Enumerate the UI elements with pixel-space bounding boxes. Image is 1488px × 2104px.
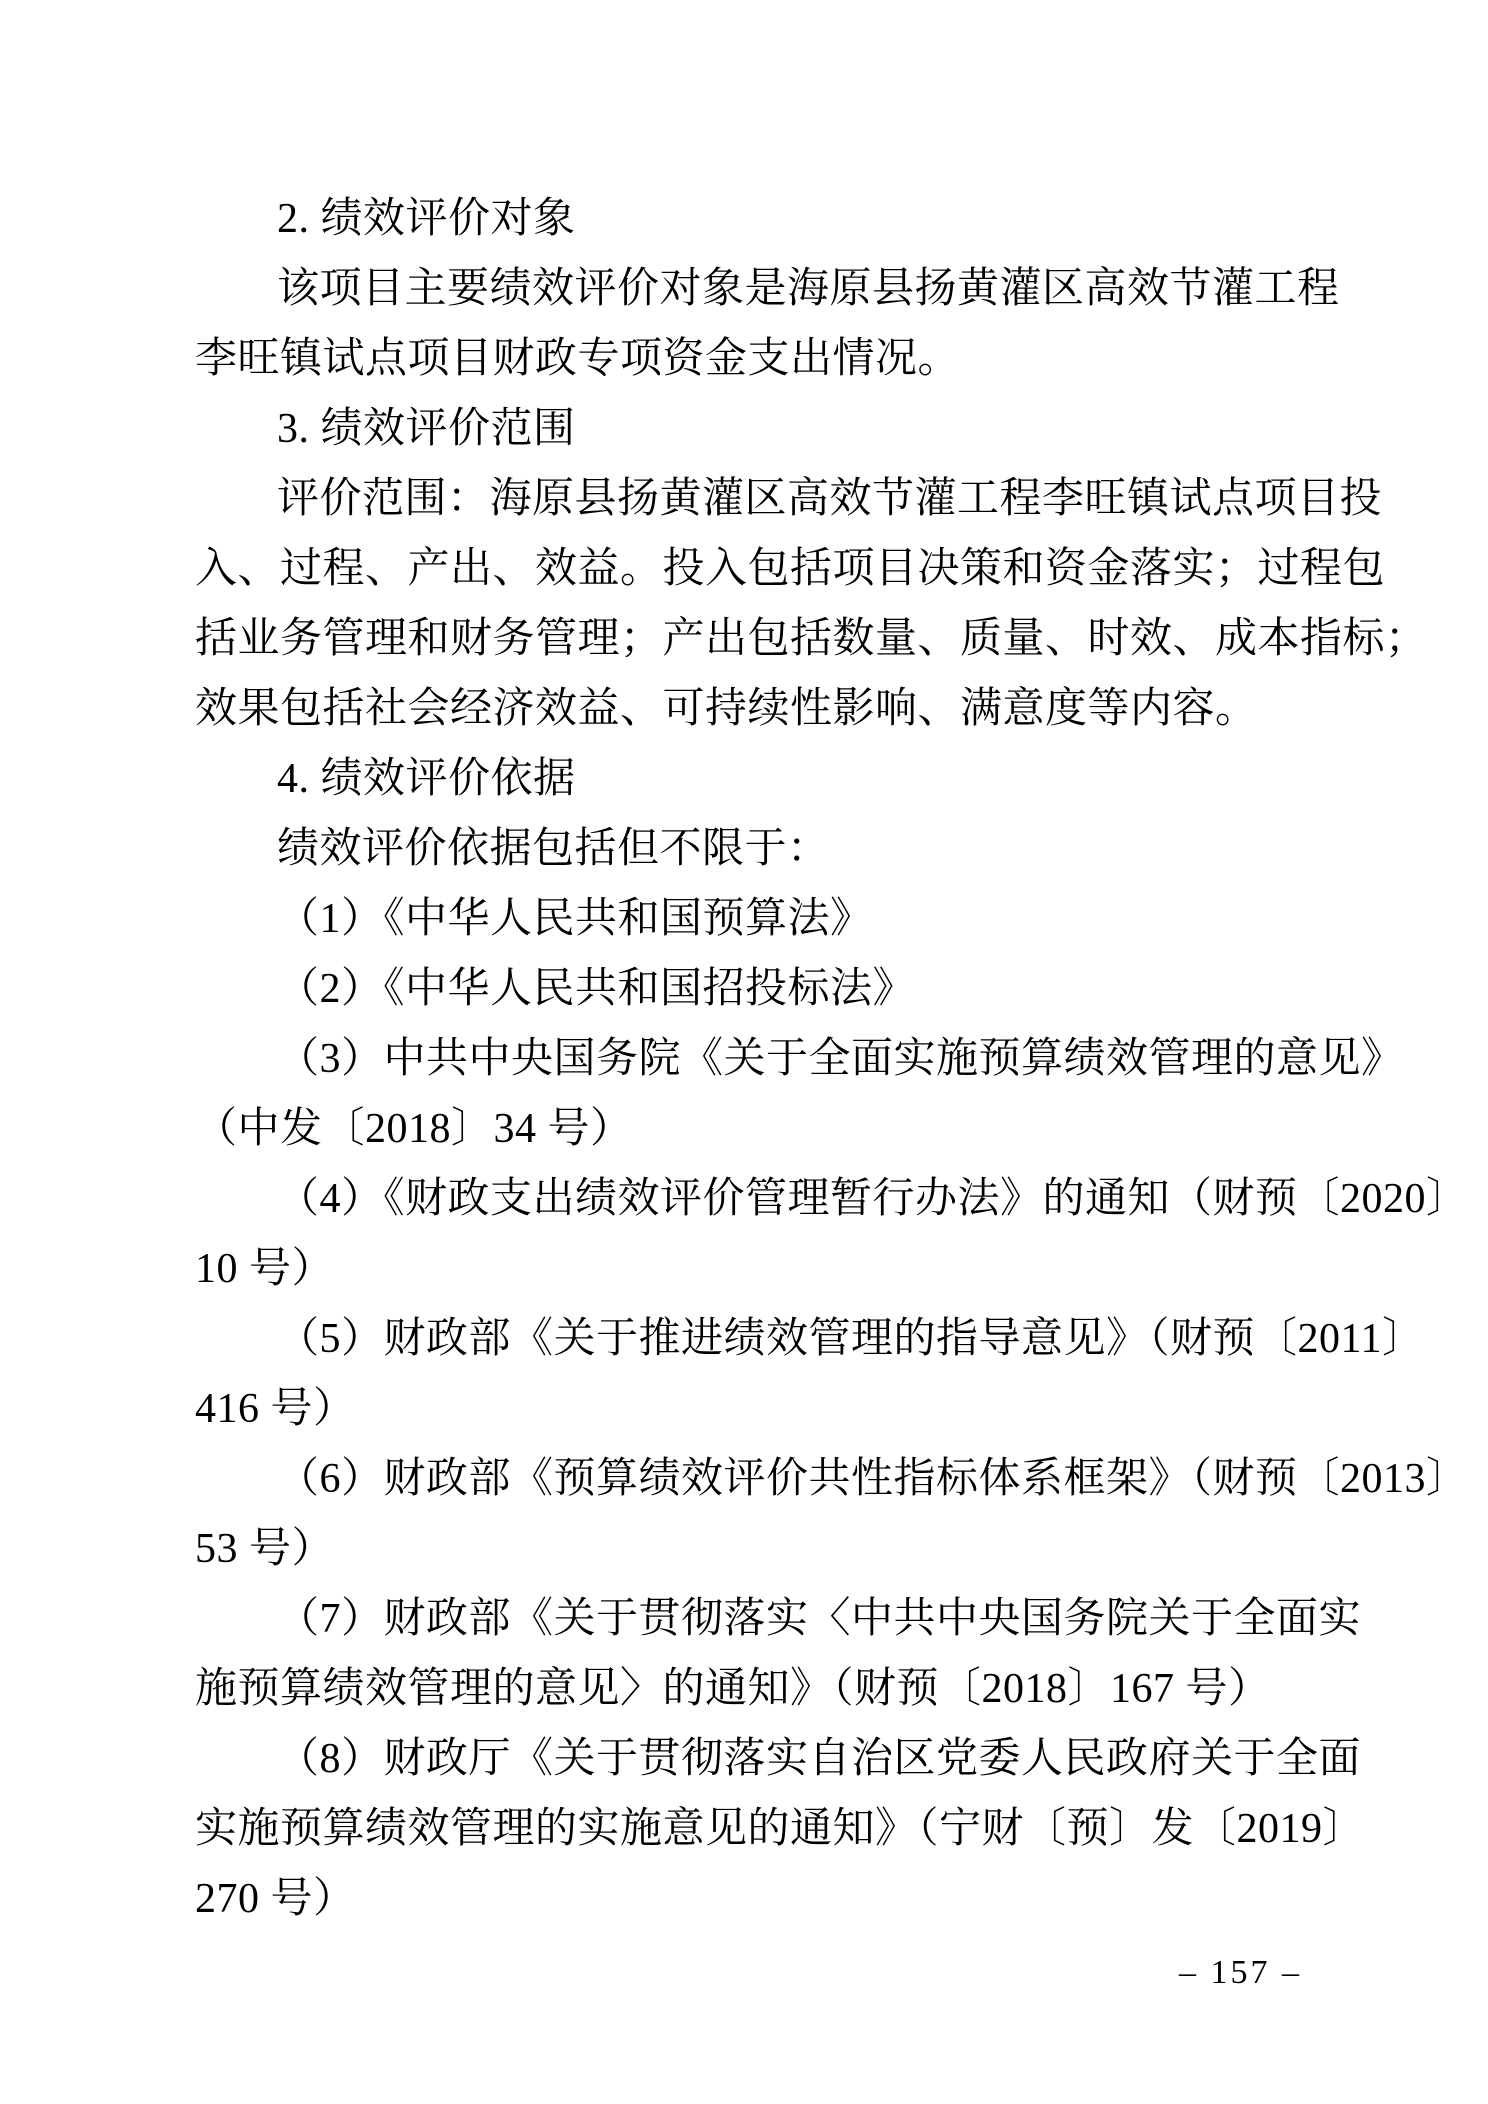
list-item-2: （2）《中华人民共和国招投标法》 (195, 954, 1310, 1024)
paragraph-line: 该项目主要绩效评价对象是海原县扬黄灌区高效节灌工程 (195, 254, 1310, 324)
heading-line-3: 3. 绩效评价范围 (195, 394, 1310, 464)
list-item-8-cont: 实施预算绩效管理的实施意见的通知》（宁财〔预〕发〔2019〕 (195, 1794, 1310, 1864)
list-item-3-cont: （中发〔2018〕34 号） (195, 1094, 1310, 1164)
list-item-6-cont: 53 号） (195, 1514, 1310, 1584)
paragraph-line: 入、过程、产出、效益。投入包括项目决策和资金落实；过程包 (195, 534, 1310, 604)
list-item-7-cont: 施预算绩效管理的意见〉的通知》（财预〔2018〕167 号） (195, 1654, 1310, 1724)
paragraph-line: 绩效评价依据包括但不限于： (195, 814, 1310, 884)
list-item-1: （1）《中华人民共和国预算法》 (195, 884, 1310, 954)
list-item-4-cont: 10 号） (195, 1234, 1310, 1304)
document-page: 2. 绩效评价对象 该项目主要绩效评价对象是海原县扬黄灌区高效节灌工程 李旺镇试… (0, 0, 1488, 2104)
paragraph-line: 效果包括社会经济效益、可持续性影响、满意度等内容。 (195, 674, 1310, 744)
list-item-8-cont2: 270 号） (195, 1864, 1310, 1934)
list-item-8: （8）财政厅《关于贯彻落实自治区党委人民政府关于全面 (195, 1724, 1310, 1794)
heading-line-2: 2. 绩效评价对象 (195, 184, 1310, 254)
page-number: – 157 – (1179, 1954, 1302, 1992)
list-item-6: （6）财政部《预算绩效评价共性指标体系框架》（财预〔2013〕 (195, 1444, 1310, 1514)
list-item-3: （3）中共中央国务院《关于全面实施预算绩效管理的意见》 (195, 1024, 1310, 1094)
paragraph-line: 李旺镇试点项目财政专项资金支出情况。 (195, 324, 1310, 394)
list-item-5-cont: 416 号） (195, 1374, 1310, 1444)
list-item-4: （4）《财政支出绩效评价管理暂行办法》的通知（财预〔2020〕 (195, 1164, 1310, 1234)
heading-line-4: 4. 绩效评价依据 (195, 744, 1310, 814)
list-item-5: （5）财政部《关于推进绩效管理的指导意见》（财预〔2011〕 (195, 1304, 1310, 1374)
paragraph-line: 评价范围：海原县扬黄灌区高效节灌工程李旺镇试点项目投 (195, 464, 1310, 534)
list-item-7: （7）财政部《关于贯彻落实〈中共中央国务院关于全面实 (195, 1584, 1310, 1654)
document-body: 2. 绩效评价对象 该项目主要绩效评价对象是海原县扬黄灌区高效节灌工程 李旺镇试… (195, 184, 1310, 1934)
paragraph-line: 括业务管理和财务管理；产出包括数量、质量、时效、成本指标； (195, 604, 1310, 674)
